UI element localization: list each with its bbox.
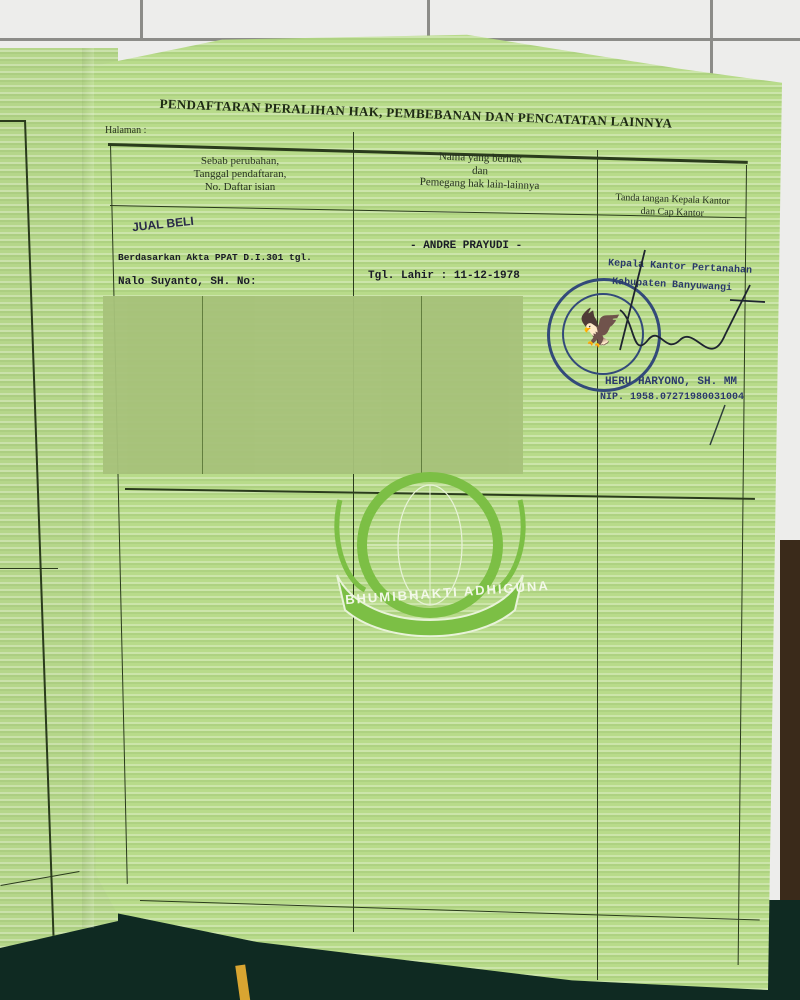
page-number-label: Halaman :: [105, 125, 146, 136]
tile-grout: [427, 0, 430, 40]
holder-name: - ANDRE PRAYUDI -: [410, 240, 522, 252]
page-fold: [82, 48, 94, 928]
column-header-holder: Nama yang berhak dan Pemegang hak lain-l…: [379, 149, 580, 195]
deed-reference: Berdasarkan Akta PPAT D.I.301 tgl.: [118, 252, 312, 263]
signature: [560, 240, 780, 450]
holder-birthdate: Tgl. Lahir : 11-12-1978: [368, 270, 520, 282]
bpn-emblem-watermark: [325, 470, 535, 640]
redacted-area: [103, 296, 523, 474]
column-header-cause: Sebab perubahan, Tanggal pendaftaran, No…: [140, 155, 340, 194]
tile-grout: [140, 0, 143, 40]
column-header-signature: Tanda tangan Kepala Kantor dan Cap Kanto…: [600, 190, 746, 221]
notary-name: Nalo Suyanto, SH. No:: [118, 276, 257, 288]
